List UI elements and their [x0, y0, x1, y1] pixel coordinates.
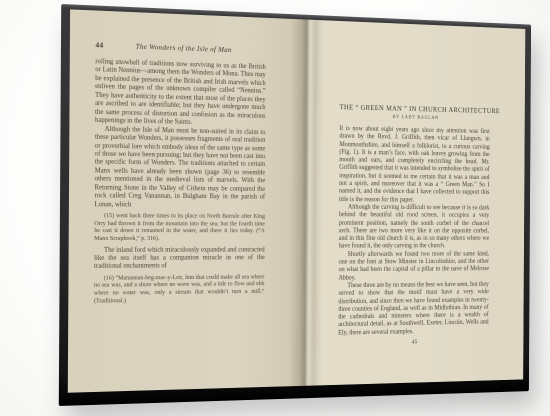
right-page: THE “ GREEN MAN ” IN CHURCH ARCHITECTURE…: [306, 20, 526, 386]
right-page-number: 45: [338, 337, 488, 347]
block-quote: (16) “Manannan-beg-mac-y-Leir, him that …: [94, 273, 265, 304]
paragraph: rolling snowball of traditions now survi…: [95, 58, 266, 129]
paragraph: Shortly afterwards we found two more of …: [339, 251, 489, 283]
left-page-number: 44: [95, 40, 103, 49]
paragraph: These three are by no means the best we …: [338, 281, 489, 337]
article-title: THE “ GREEN MAN ” IN CHURCH ARCHITECTURE: [340, 102, 490, 114]
left-page: 44 The Wonders of the Isle of Man rollin…: [68, 9, 308, 392]
photo-background: 44 The Wonders of the Isle of Man rollin…: [0, 0, 550, 416]
book-pages: 44 The Wonders of the Isle of Man rollin…: [68, 9, 526, 392]
running-head: 44 The Wonders of the Isle of Man: [95, 40, 265, 55]
block-quote: (15) went back three times to its place …: [94, 212, 265, 242]
byline: BY LADY RAGLAN: [340, 114, 490, 122]
paragraph: The inland ford which miraculously expan…: [94, 246, 265, 271]
paragraph: It is now about eight years ago since my…: [339, 125, 490, 205]
paragraph: Although the carving is difficult to see…: [339, 204, 490, 251]
paragraph: Although the Isle of Man must be non-sui…: [94, 125, 265, 210]
book: 44 The Wonders of the Isle of Man rollin…: [59, 4, 531, 406]
running-title: The Wonders of the Isle of Man: [103, 41, 265, 56]
